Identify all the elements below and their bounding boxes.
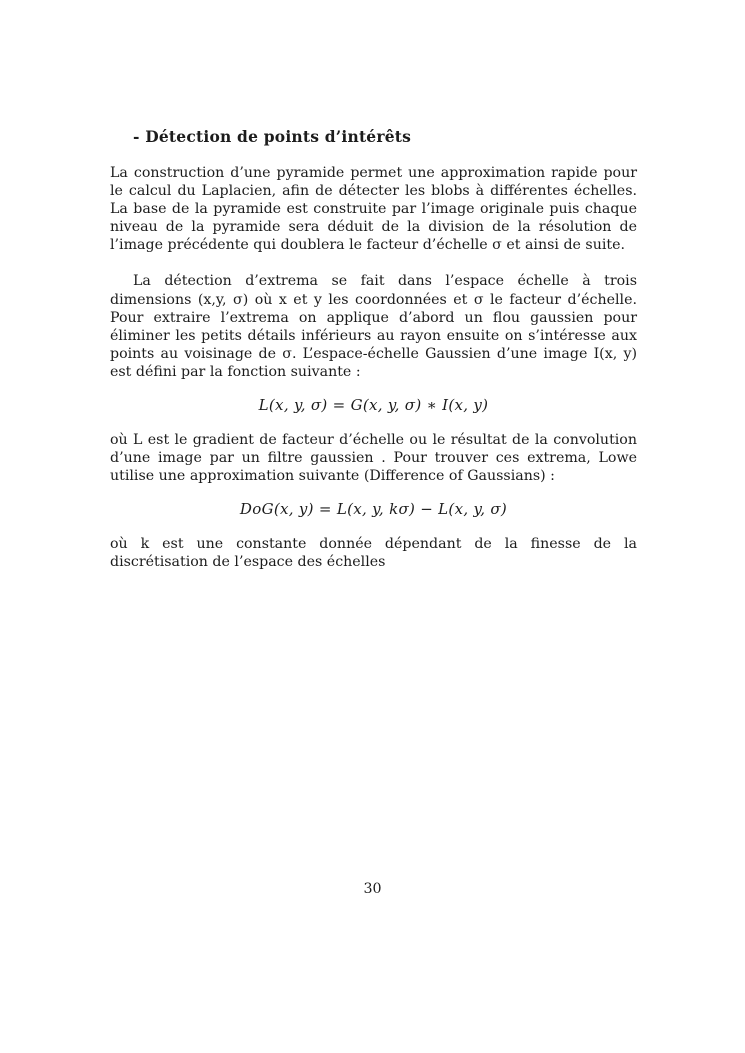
paragraph-gradient-convolution: où L est le gradient de facteur d’échell…: [110, 431, 637, 485]
equation-scale-space: L(x, y, σ) = G(x, y, σ) ∗ I(x, y): [110, 396, 637, 415]
paragraph-constant-k: où k est une constante donnée dépendant …: [110, 535, 637, 571]
page-number: 30: [0, 880, 745, 898]
section-heading: - Détection de points d’intérêts: [133, 126, 637, 147]
paragraph-extrema-detection: La détection d’extrema se fait dans l’es…: [110, 272, 637, 381]
document-page: - Détection de points d’intérêts La cons…: [0, 0, 745, 1053]
text-block: - Détection de points d’intérêts La cons…: [110, 126, 637, 572]
equation-difference-of-gaussians: DoG(x, y) = L(x, y, kσ) − L(x, y, σ): [110, 500, 637, 519]
paragraph-pyramid-construction: La construction d’une pyramide permet un…: [110, 164, 637, 254]
